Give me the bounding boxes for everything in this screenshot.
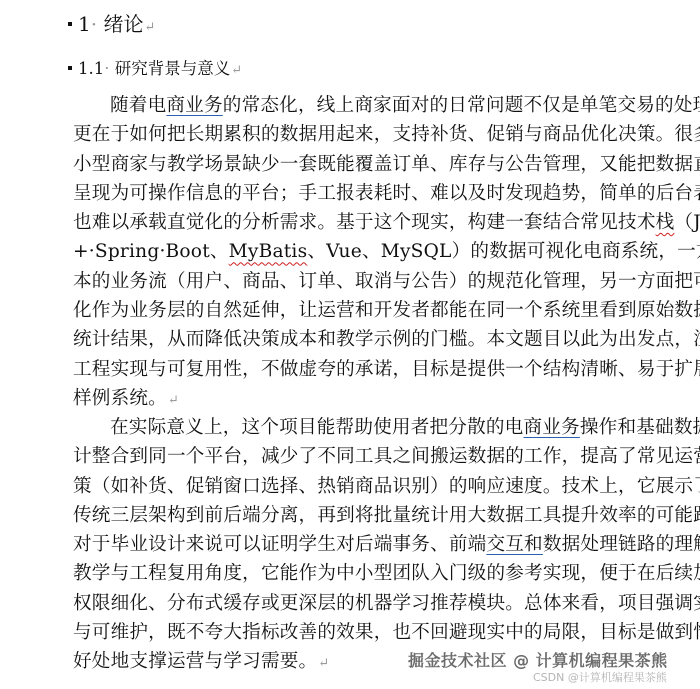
text-run: 小型商家与教学场景缺少一套既能覆盖订单、库存与公告管理，又能把数据直观 (73, 154, 700, 175)
text-line: 统计结果，从而降低决策成本和教学示例的门槛。本文题目以此为出发点，注重 (73, 325, 695, 354)
paragraph-mark-icon: ↵ (144, 20, 155, 35)
text-run: 与可维护，既不夸大指标改善的效果，也不回避现实中的局限，目标是做到恰到 (73, 622, 700, 643)
spelling-error-mark: 栈 (656, 212, 675, 233)
heading-bullet-marker (68, 66, 72, 70)
text-run: 随着电 (110, 95, 166, 116)
heading-1-title: 绪论 (103, 12, 143, 36)
text-run: 也难以承载直觉化的分析需求。基于这个现实，构建一套结合常见技术 (73, 212, 656, 233)
text-line: 样例系统。↵ (73, 384, 695, 413)
text-line: 教学与工程复用角度，它能作为中小型团队入门级的参考实现，便于在后续加入 (73, 559, 695, 588)
paragraph-background[interactable]: 随着电商业务的常态化，线上商家面对的日常问题不仅是单笔交易的处理，更在于如何把长… (73, 91, 695, 413)
text-run: 操作和基础数据统 (580, 417, 700, 438)
text-run: 好处地支撑运营与学习需要。 (73, 651, 317, 672)
heading-1: 1· 绪论↵ (68, 10, 155, 42)
text-run: 在实际意义上，这个项目能帮助使用者把分散的电 (110, 417, 523, 438)
text-run: 更在于如何把长期累积的数据用起来，支持补货、促销与商品优化决策。很多中 (73, 124, 700, 145)
heading-2-title: 研究背景与意义 (115, 59, 231, 78)
paragraph-mark-icon: ↵ (168, 393, 179, 408)
text-line: 计整合到同一个平台，减少了不同工具之间搬运数据的工作，提高了常见运营决 (73, 442, 695, 471)
text-line: +·Spring·Boot、MyBatis、Vue、MySQL）的数据可视化电商… (73, 237, 695, 266)
heading-2: 1.1· 研究背景与意义↵ (68, 56, 242, 84)
paragraph-mark-icon: ↵ (318, 656, 329, 671)
text-run: 、Vue、MySQL）的数据可视化电商系统，一方面满足基 (307, 241, 700, 262)
watermark-juejin: 掘金技术社区 @ 计算机编程果茶熊 (408, 648, 668, 671)
text-line: 与可维护，既不夸大指标改善的效果，也不回避现实中的局限，目标是做到恰到 (73, 618, 695, 647)
paragraph-significance[interactable]: 在实际意义上，这个项目能帮助使用者把分散的电商业务操作和基础数据统计整合到同一个… (73, 413, 695, 677)
text-run: （Java· (674, 212, 700, 233)
text-run: 传统三层架构到前后端分离，再到将批量统计用大数据工具提升效率的可能路径， (73, 505, 700, 526)
paragraph-mark-icon: ↵ (231, 63, 242, 78)
text-line: 权限细化、分布式缓存或更深层的机器学习推荐模块。总体来看，项目强调实用 (73, 589, 695, 618)
text-line: 本的业务流（用户、商品、订单、取消与公告）的规范化管理，另一方面把可视 (73, 267, 695, 296)
text-line: 化作为业务层的自然延伸，让运营和开发者都能在同一个系统里看到原始数据与 (73, 296, 695, 325)
text-run: 对于毕业设计来说可以证明学生对后端事务、前端 (73, 534, 486, 555)
text-run: 教学与工程复用角度，它能作为中小型团队入门级的参考实现，便于在后续加入 (73, 563, 700, 584)
text-run: 本的业务流（用户、商品、订单、取消与公告）的规范化管理，另一方面把可视 (73, 271, 700, 292)
text-run: 统计结果，从而降低决策成本和教学示例的门槛。本文题目以此为出发点，注重 (73, 329, 700, 350)
grammar-suggestion-mark: 商业务 (523, 417, 579, 438)
heading-1-number: 1 (78, 12, 91, 36)
text-line: 呈现为可操作信息的平台；手工报表耗时、难以及时发现趋势，简单的后台表格 (73, 179, 695, 208)
text-run: 呈现为可操作信息的平台；手工报表耗时、难以及时发现趋势，简单的后台表格 (73, 183, 700, 204)
text-run: 的常态化，线上商家面对的日常问题不仅是单笔交易的处理， (223, 95, 700, 116)
text-run: 计整合到同一个平台，减少了不同工具之间搬运数据的工作，提高了常见运营决 (73, 446, 700, 467)
heading-bullet-marker (68, 22, 72, 26)
text-run: 数据处理链路的理解。 (543, 534, 700, 555)
text-line: 也难以承载直觉化的分析需求。基于这个现实，构建一套结合常见技术栈（Java· (73, 208, 695, 237)
text-run: 权限细化、分布式缓存或更深层的机器学习推荐模块。总体来看，项目强调实用 (73, 593, 700, 614)
watermark-csdn: CSDN @计算机编程果茶熊 (533, 669, 667, 685)
text-run: +·Spring·Boot、 (73, 241, 229, 262)
grammar-suggestion-mark: 商业务 (166, 95, 222, 116)
text-line: 传统三层架构到前后端分离，再到将批量统计用大数据工具提升效率的可能路径， (73, 501, 695, 530)
text-line: 工程实现与可复用性，不做虚夸的承诺，目标是提供一个结构清晰、易于扩展的 (73, 355, 695, 384)
text-line: 随着电商业务的常态化，线上商家面对的日常问题不仅是单笔交易的处理， (73, 91, 695, 120)
text-run: 样例系统。 (73, 388, 167, 409)
text-line: 小型商家与教学场景缺少一套既能覆盖订单、库存与公告管理，又能把数据直观 (73, 150, 695, 179)
text-line: 对于毕业设计来说可以证明学生对后端事务、前端交互和数据处理链路的理解。 (73, 530, 695, 559)
text-line: 策（如补货、促销窗口选择、热销商品识别）的响应速度。技术上，它展示了从 (73, 472, 695, 501)
heading-2-number: 1.1 (78, 59, 104, 78)
text-run: 策（如补货、促销窗口选择、热销商品识别）的响应速度。技术上，它展示了从 (73, 476, 700, 497)
grammar-suggestion-mark: 交互和 (486, 534, 542, 555)
text-run: 化作为业务层的自然延伸，让运营和开发者都能在同一个系统里看到原始数据与 (73, 300, 700, 321)
text-line: 更在于如何把长期累积的数据用起来，支持补货、促销与商品优化决策。很多中 (73, 120, 695, 149)
text-line: 在实际意义上，这个项目能帮助使用者把分散的电商业务操作和基础数据统 (73, 413, 695, 442)
text-run: 工程实现与可复用性，不做虚夸的承诺，目标是提供一个结构清晰、易于扩展的 (73, 359, 700, 380)
spelling-error-mark: MyBatis (229, 241, 308, 262)
